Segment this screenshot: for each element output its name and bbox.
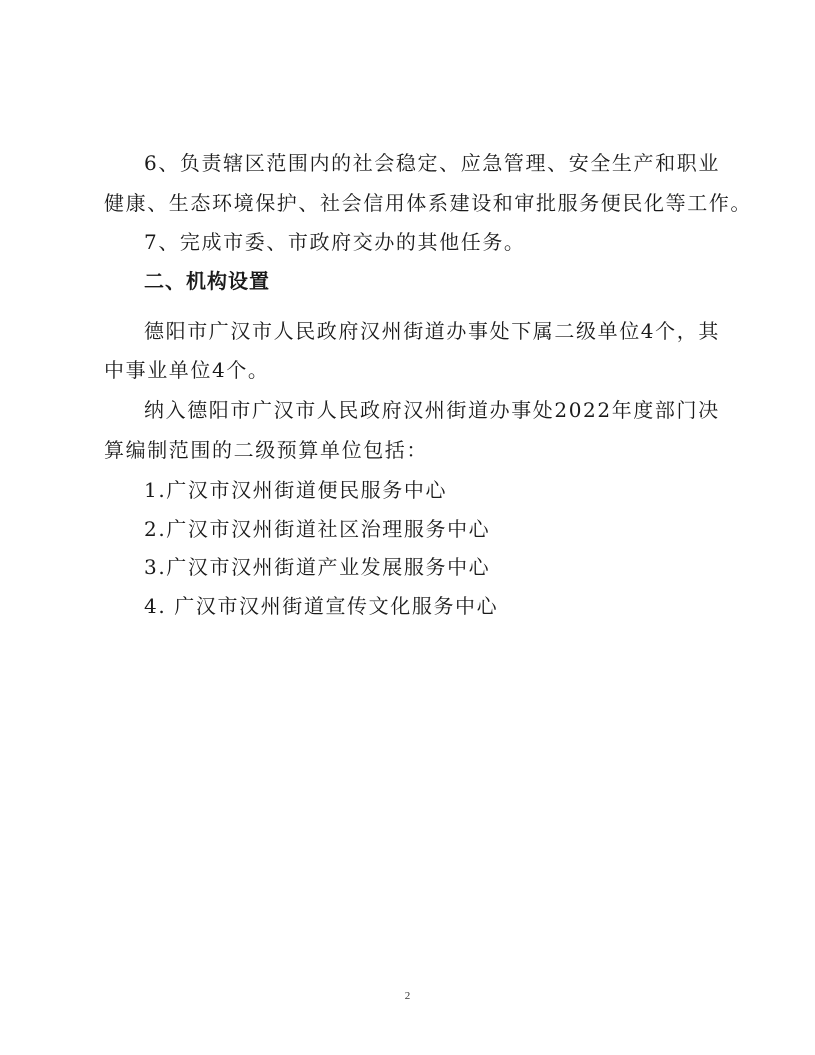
paragraph-item-7: 7、完成市委、市政府交办的其他任务。 <box>144 230 526 254</box>
paragraph-item-6-line-2: 健康、生态环境保护、社会信用体系建设和审批服务便民化等工作。 <box>104 191 752 215</box>
unit-list-item-2: 2.广汉市汉州街道社区治理服务中心 <box>144 517 490 541</box>
paragraph-item-6-line-1: 6、负责辖区范围内的社会稳定、应急管理、安全生产和职业 <box>144 151 720 175</box>
body-paragraph-2-line-2: 算编制范围的二级预算单位包括： <box>104 438 428 462</box>
page-number: 2 <box>0 990 815 1002</box>
unit-list-item-1: 1.广汉市汉州街道便民服务中心 <box>144 478 447 502</box>
unit-list-item-4: 4. 广汉市汉州街道宣传文化服务中心 <box>144 594 498 618</box>
body-paragraph-1-line-2: 中事业单位4个。 <box>104 358 270 382</box>
document-page: 6、负责辖区范围内的社会稳定、应急管理、安全生产和职业 健康、生态环境保护、社会… <box>0 0 815 1055</box>
body-paragraph-1-line-1: 德阳市广汉市人民政府汉州街道办事处下属二级单位4个，其 <box>144 319 720 343</box>
body-paragraph-2-line-1: 纳入德阳市广汉市人民政府汉州街道办事处2022年度部门决 <box>144 398 720 422</box>
section-heading: 二、机构设置 <box>144 269 270 293</box>
unit-list-item-3: 3.广汉市汉州街道产业发展服务中心 <box>144 555 490 579</box>
